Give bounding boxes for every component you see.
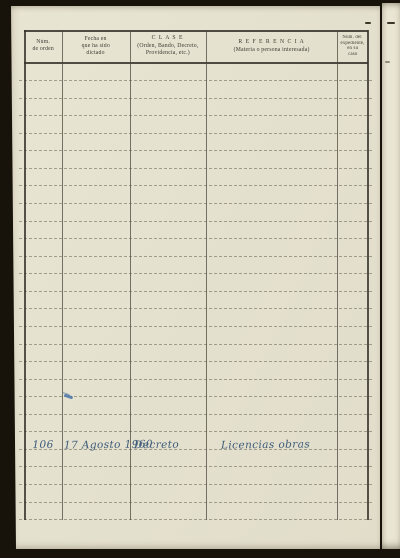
column-divider — [130, 30, 131, 520]
empty-cell — [206, 64, 337, 81]
empty-cell — [130, 503, 206, 520]
empty-cell — [62, 485, 130, 502]
empty-cell — [206, 151, 337, 168]
empty-cell — [206, 186, 337, 203]
table-left-border — [24, 30, 26, 520]
empty-cell — [24, 134, 62, 151]
column-header-line: Núm. — [36, 39, 50, 46]
table-row — [19, 309, 372, 327]
empty-cell — [24, 503, 62, 520]
empty-cell — [24, 345, 62, 362]
empty-cell — [24, 222, 62, 239]
empty-cell — [206, 362, 337, 379]
empty-cell — [337, 362, 368, 379]
table-row — [19, 450, 372, 468]
column-divider — [206, 30, 207, 520]
entry-cell: 106 — [24, 432, 62, 449]
empty-cell — [130, 169, 206, 186]
empty-cell — [62, 204, 130, 221]
empty-cell — [206, 169, 337, 186]
empty-cell — [24, 116, 62, 133]
empty-cell — [337, 380, 368, 397]
empty-cell — [337, 116, 368, 133]
table-row — [19, 99, 372, 117]
empty-cell — [130, 380, 206, 397]
empty-cell — [62, 309, 130, 326]
empty-cell — [206, 415, 337, 432]
empty-cell — [24, 292, 62, 309]
empty-cell — [24, 450, 62, 467]
empty-cell — [130, 450, 206, 467]
empty-cell — [62, 239, 130, 256]
empty-cell — [24, 397, 62, 414]
empty-cell — [206, 467, 337, 484]
registry-table: 10617 Agosto 1960DecretoLicencias obras … — [19, 30, 372, 520]
empty-cell — [130, 239, 206, 256]
empty-cell — [337, 432, 368, 449]
column-divider — [62, 30, 63, 520]
column-header-line: (Materia o persona interesada) — [234, 47, 310, 54]
empty-cell — [130, 485, 206, 502]
table-header-row: Núm.de ordenFecha enque ha sidodictadoC … — [24, 30, 368, 62]
empty-cell — [337, 309, 368, 326]
page-edge-tick — [385, 61, 390, 63]
column-header-line: R E F E R E N C I A — [238, 39, 304, 46]
empty-cell — [206, 292, 337, 309]
empty-cell — [337, 450, 368, 467]
empty-cell — [24, 81, 62, 98]
column-header-5: Núm. delexpediente,en sucaso — [337, 30, 368, 62]
empty-cell — [130, 327, 206, 344]
table-row — [19, 362, 372, 380]
column-header-4: R E F E R E N C I A(Materia o persona in… — [206, 30, 337, 62]
column-header-line: en su — [347, 46, 358, 51]
empty-cell — [24, 327, 62, 344]
empty-cell — [24, 380, 62, 397]
empty-cell — [337, 274, 368, 291]
column-header-line: Núm. del — [343, 35, 362, 40]
empty-cell — [206, 345, 337, 362]
empty-cell — [337, 345, 368, 362]
page-edge-tick — [365, 22, 371, 24]
empty-cell — [206, 257, 337, 274]
table-row — [19, 327, 372, 345]
empty-cell — [62, 380, 130, 397]
empty-cell — [24, 64, 62, 81]
empty-cell — [337, 169, 368, 186]
table-row — [19, 503, 372, 521]
empty-cell — [206, 485, 337, 502]
table-row — [19, 81, 372, 99]
column-header-3: C L A S E(Orden, Bando, Decreto,Providen… — [130, 30, 206, 62]
empty-cell — [206, 134, 337, 151]
table-row — [19, 397, 372, 415]
column-header-line: Providencia, etc.) — [146, 50, 190, 57]
adjacent-page-edge — [382, 3, 400, 549]
table-row — [19, 485, 372, 503]
table-row — [19, 380, 372, 398]
empty-cell — [130, 204, 206, 221]
empty-cell — [130, 415, 206, 432]
empty-cell — [130, 467, 206, 484]
empty-cell — [62, 151, 130, 168]
empty-cell — [62, 134, 130, 151]
empty-cell — [337, 99, 368, 116]
empty-cell — [130, 64, 206, 81]
empty-cell — [62, 345, 130, 362]
empty-cell — [24, 362, 62, 379]
column-header-line: de orden — [32, 46, 54, 53]
empty-cell — [62, 186, 130, 203]
empty-cell — [130, 116, 206, 133]
empty-cell — [24, 257, 62, 274]
empty-cell — [24, 151, 62, 168]
table-body: 10617 Agosto 1960DecretoLicencias obras — [19, 64, 372, 521]
empty-cell — [206, 81, 337, 98]
table-row — [19, 151, 372, 169]
column-divider — [337, 30, 338, 520]
empty-cell — [62, 397, 130, 414]
empty-cell — [337, 467, 368, 484]
empty-cell — [337, 239, 368, 256]
empty-cell — [24, 204, 62, 221]
empty-cell — [24, 415, 62, 432]
empty-cell — [337, 204, 368, 221]
empty-cell — [130, 81, 206, 98]
empty-cell — [130, 151, 206, 168]
empty-cell — [62, 362, 130, 379]
empty-cell — [206, 239, 337, 256]
empty-cell — [337, 81, 368, 98]
empty-cell — [62, 116, 130, 133]
table-row: 10617 Agosto 1960DecretoLicencias obras — [19, 432, 372, 450]
empty-cell — [337, 415, 368, 432]
empty-cell — [24, 99, 62, 116]
column-header-line: caso — [348, 52, 357, 57]
empty-cell — [130, 292, 206, 309]
empty-cell — [62, 450, 130, 467]
table-row — [19, 64, 372, 82]
table-right-border — [367, 30, 369, 520]
empty-cell — [206, 309, 337, 326]
empty-cell — [130, 222, 206, 239]
empty-cell — [206, 222, 337, 239]
empty-cell — [62, 222, 130, 239]
empty-cell — [24, 239, 62, 256]
column-header-line: expediente, — [340, 41, 364, 46]
empty-cell — [62, 274, 130, 291]
empty-cell — [206, 274, 337, 291]
empty-cell — [24, 485, 62, 502]
empty-cell — [337, 397, 368, 414]
table-row — [19, 274, 372, 292]
empty-cell — [337, 485, 368, 502]
empty-cell — [62, 257, 130, 274]
column-header-line: (Orden, Bando, Decreto, — [137, 43, 198, 50]
table-row — [19, 116, 372, 134]
empty-cell — [130, 274, 206, 291]
table-row — [19, 415, 372, 433]
empty-cell — [130, 397, 206, 414]
empty-cell — [130, 257, 206, 274]
empty-cell — [206, 397, 337, 414]
table-row — [19, 222, 372, 240]
empty-cell — [130, 99, 206, 116]
column-header-line: Fecha en — [85, 36, 107, 43]
table-top-border — [24, 30, 368, 32]
empty-cell — [62, 81, 130, 98]
empty-cell — [24, 274, 62, 291]
empty-cell — [337, 186, 368, 203]
empty-cell — [62, 99, 130, 116]
empty-cell — [206, 327, 337, 344]
empty-cell — [337, 222, 368, 239]
table-row — [19, 134, 372, 152]
empty-cell — [337, 134, 368, 151]
empty-cell — [337, 257, 368, 274]
table-row — [19, 345, 372, 363]
entry-cell: Decreto — [130, 432, 206, 449]
column-header-1: Núm.de orden — [24, 30, 62, 62]
empty-cell — [62, 64, 130, 81]
empty-cell — [206, 450, 337, 467]
empty-cell — [337, 151, 368, 168]
empty-cell — [62, 467, 130, 484]
empty-cell — [62, 292, 130, 309]
empty-cell — [62, 415, 130, 432]
entry-cell: 17 Agosto 1960 — [62, 432, 130, 449]
column-header-2: Fecha enque ha sidodictado — [62, 30, 130, 62]
empty-cell — [337, 327, 368, 344]
column-header-line: C L A S E — [152, 35, 184, 42]
page-edge-tick — [387, 22, 395, 24]
entry-cell: Licencias obras — [206, 432, 337, 449]
empty-cell — [337, 503, 368, 520]
column-header-line: que ha sido — [82, 43, 110, 50]
empty-cell — [206, 99, 337, 116]
empty-cell — [337, 64, 368, 81]
empty-cell — [130, 309, 206, 326]
empty-cell — [62, 327, 130, 344]
table-row — [19, 169, 372, 187]
empty-cell — [62, 169, 130, 186]
empty-cell — [24, 467, 62, 484]
ledger-page: 10617 Agosto 1960DecretoLicencias obras … — [7, 6, 380, 549]
table-row — [19, 204, 372, 222]
scanned-ledger-photo: 10617 Agosto 1960DecretoLicencias obras … — [0, 0, 400, 558]
table-row — [19, 292, 372, 310]
empty-cell — [24, 186, 62, 203]
empty-cell — [206, 380, 337, 397]
empty-cell — [206, 116, 337, 133]
empty-cell — [206, 503, 337, 520]
empty-cell — [337, 292, 368, 309]
empty-cell — [130, 345, 206, 362]
column-header-line: dictado — [87, 50, 105, 57]
table-row — [19, 239, 372, 257]
table-row — [19, 257, 372, 275]
empty-cell — [130, 186, 206, 203]
empty-cell — [62, 503, 130, 520]
header-divider — [24, 62, 368, 64]
table-row — [19, 467, 372, 485]
empty-cell — [130, 362, 206, 379]
empty-cell — [130, 134, 206, 151]
table-row — [19, 186, 372, 204]
empty-cell — [206, 204, 337, 221]
empty-cell — [24, 169, 62, 186]
empty-cell — [24, 309, 62, 326]
